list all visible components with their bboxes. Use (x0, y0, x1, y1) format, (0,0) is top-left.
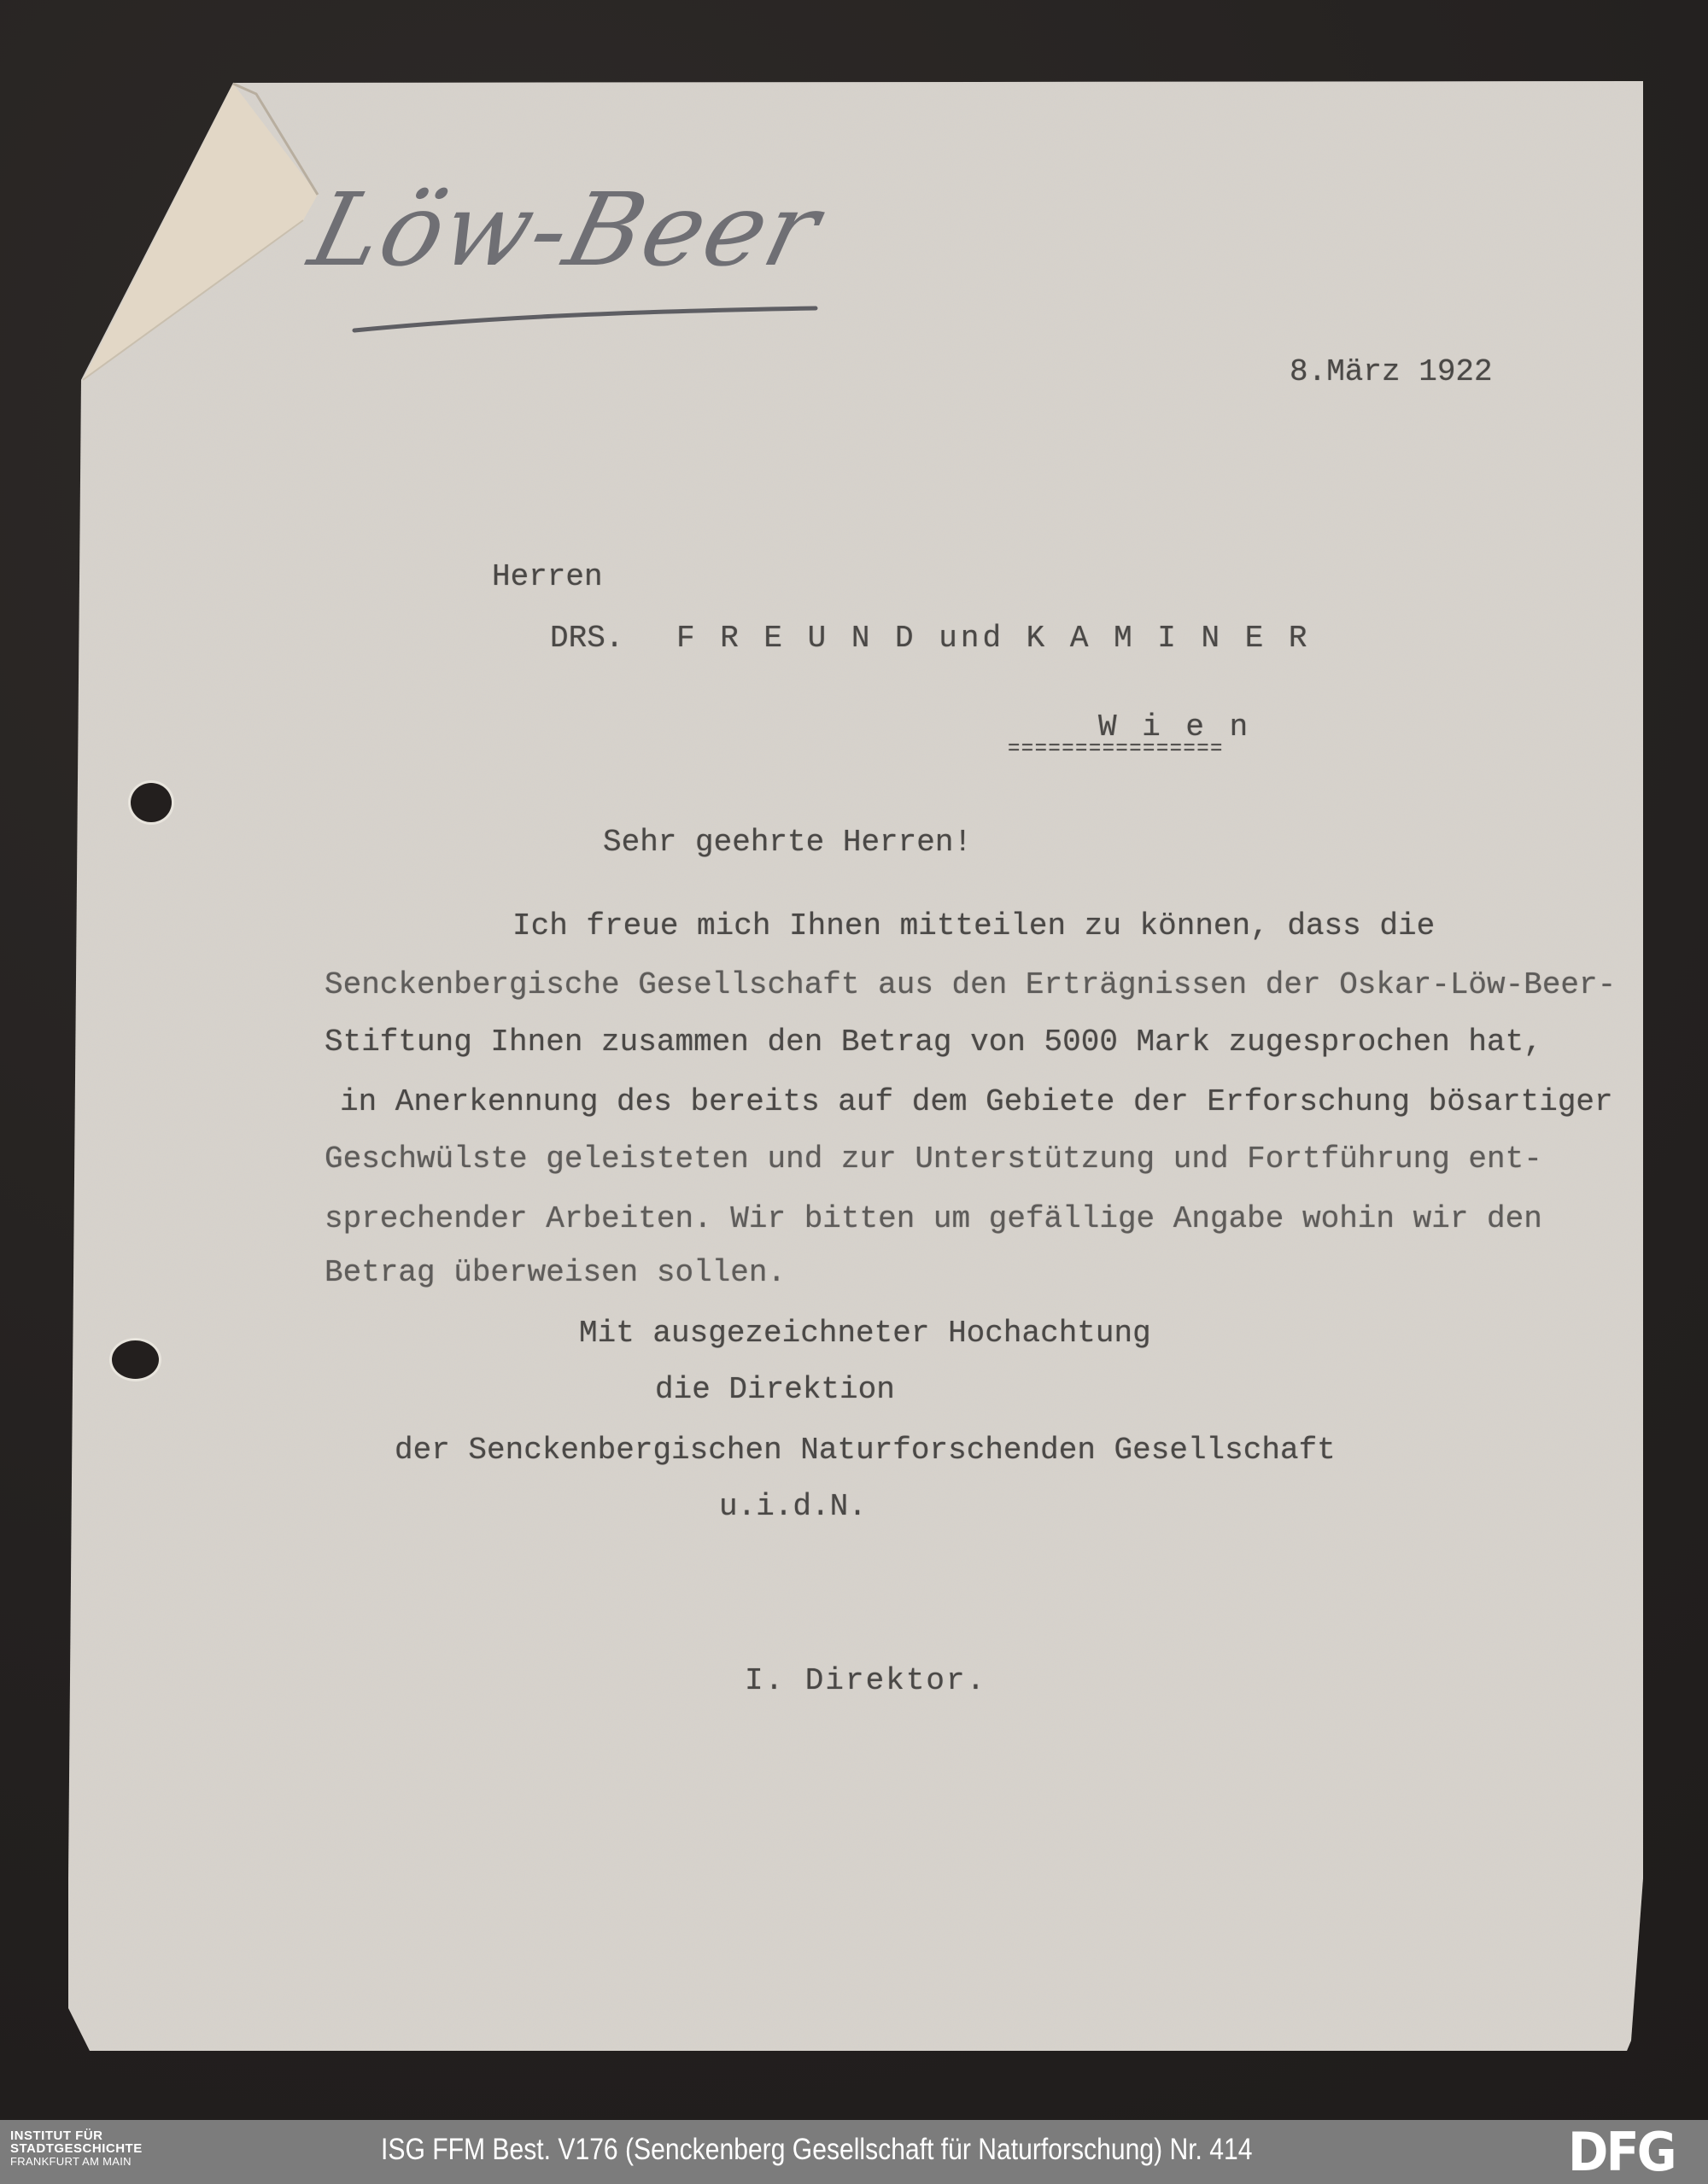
institution-name-line1: INSTITUT FÜR (10, 2129, 143, 2142)
archive-citation: ISG FFM Best. V176 (Senckenberg Gesellsc… (381, 2133, 1253, 2167)
recipient-names: F R E U N D und K A M I N E R (676, 623, 1311, 654)
punch-hole (131, 783, 172, 822)
body-line: Senckenbergische Gesellschaft aus den Er… (325, 970, 1616, 1001)
signature-title: I. Direktor. (745, 1666, 986, 1696)
punch-hole (112, 1340, 159, 1379)
institution-name-line2: STADTGESCHICHTE (10, 2142, 143, 2155)
closing-line: u.i.d.N. (719, 1492, 867, 1522)
body-line: Ich freue mich Ihnen mitteilen zu können… (512, 911, 1435, 942)
closing-line: die Direktion (655, 1375, 895, 1405)
dfg-logo: DFG (1568, 2129, 1675, 2176)
body-line: in Anerkennung des bereits auf dem Gebie… (340, 1087, 1613, 1118)
city-underline: ================ (1008, 739, 1224, 760)
letter-date: 8.März 1922 (1290, 357, 1493, 388)
body-line: Betrag überweisen sollen. (325, 1258, 786, 1288)
letter-sheet: Löw-Beer 8.März 1922 Herren DRS. F R E U… (0, 0, 1708, 2120)
institution-logo: INSTITUT FÜR STADTGESCHICHTE FRANKFURT A… (10, 2129, 143, 2169)
greeting: Sehr geehrte Herren! (603, 827, 972, 858)
recipient-salutation: Herren (492, 562, 603, 593)
institution-city: FRANKFURT AM MAIN (10, 2155, 143, 2169)
recipient-title: DRS. (550, 623, 623, 654)
closing-line: der Senckenbergischen Naturforschenden G… (395, 1435, 1336, 1466)
paper-shape (0, 0, 1708, 2120)
body-line: sprechender Arbeiten. Wir bitten um gefä… (325, 1204, 1542, 1235)
archive-footer: INSTITUT FÜR STADTGESCHICHTE FRANKFURT A… (0, 2120, 1708, 2184)
pencil-underline (350, 303, 828, 337)
body-line: Geschwülste geleisteten und zur Unterstü… (325, 1144, 1542, 1175)
handwritten-note: Löw-Beer (300, 171, 832, 289)
closing-line: Mit ausgezeichneter Hochachtung (579, 1318, 1151, 1349)
body-line: Stiftung Ihnen zusammen den Betrag von 5… (325, 1027, 1542, 1058)
